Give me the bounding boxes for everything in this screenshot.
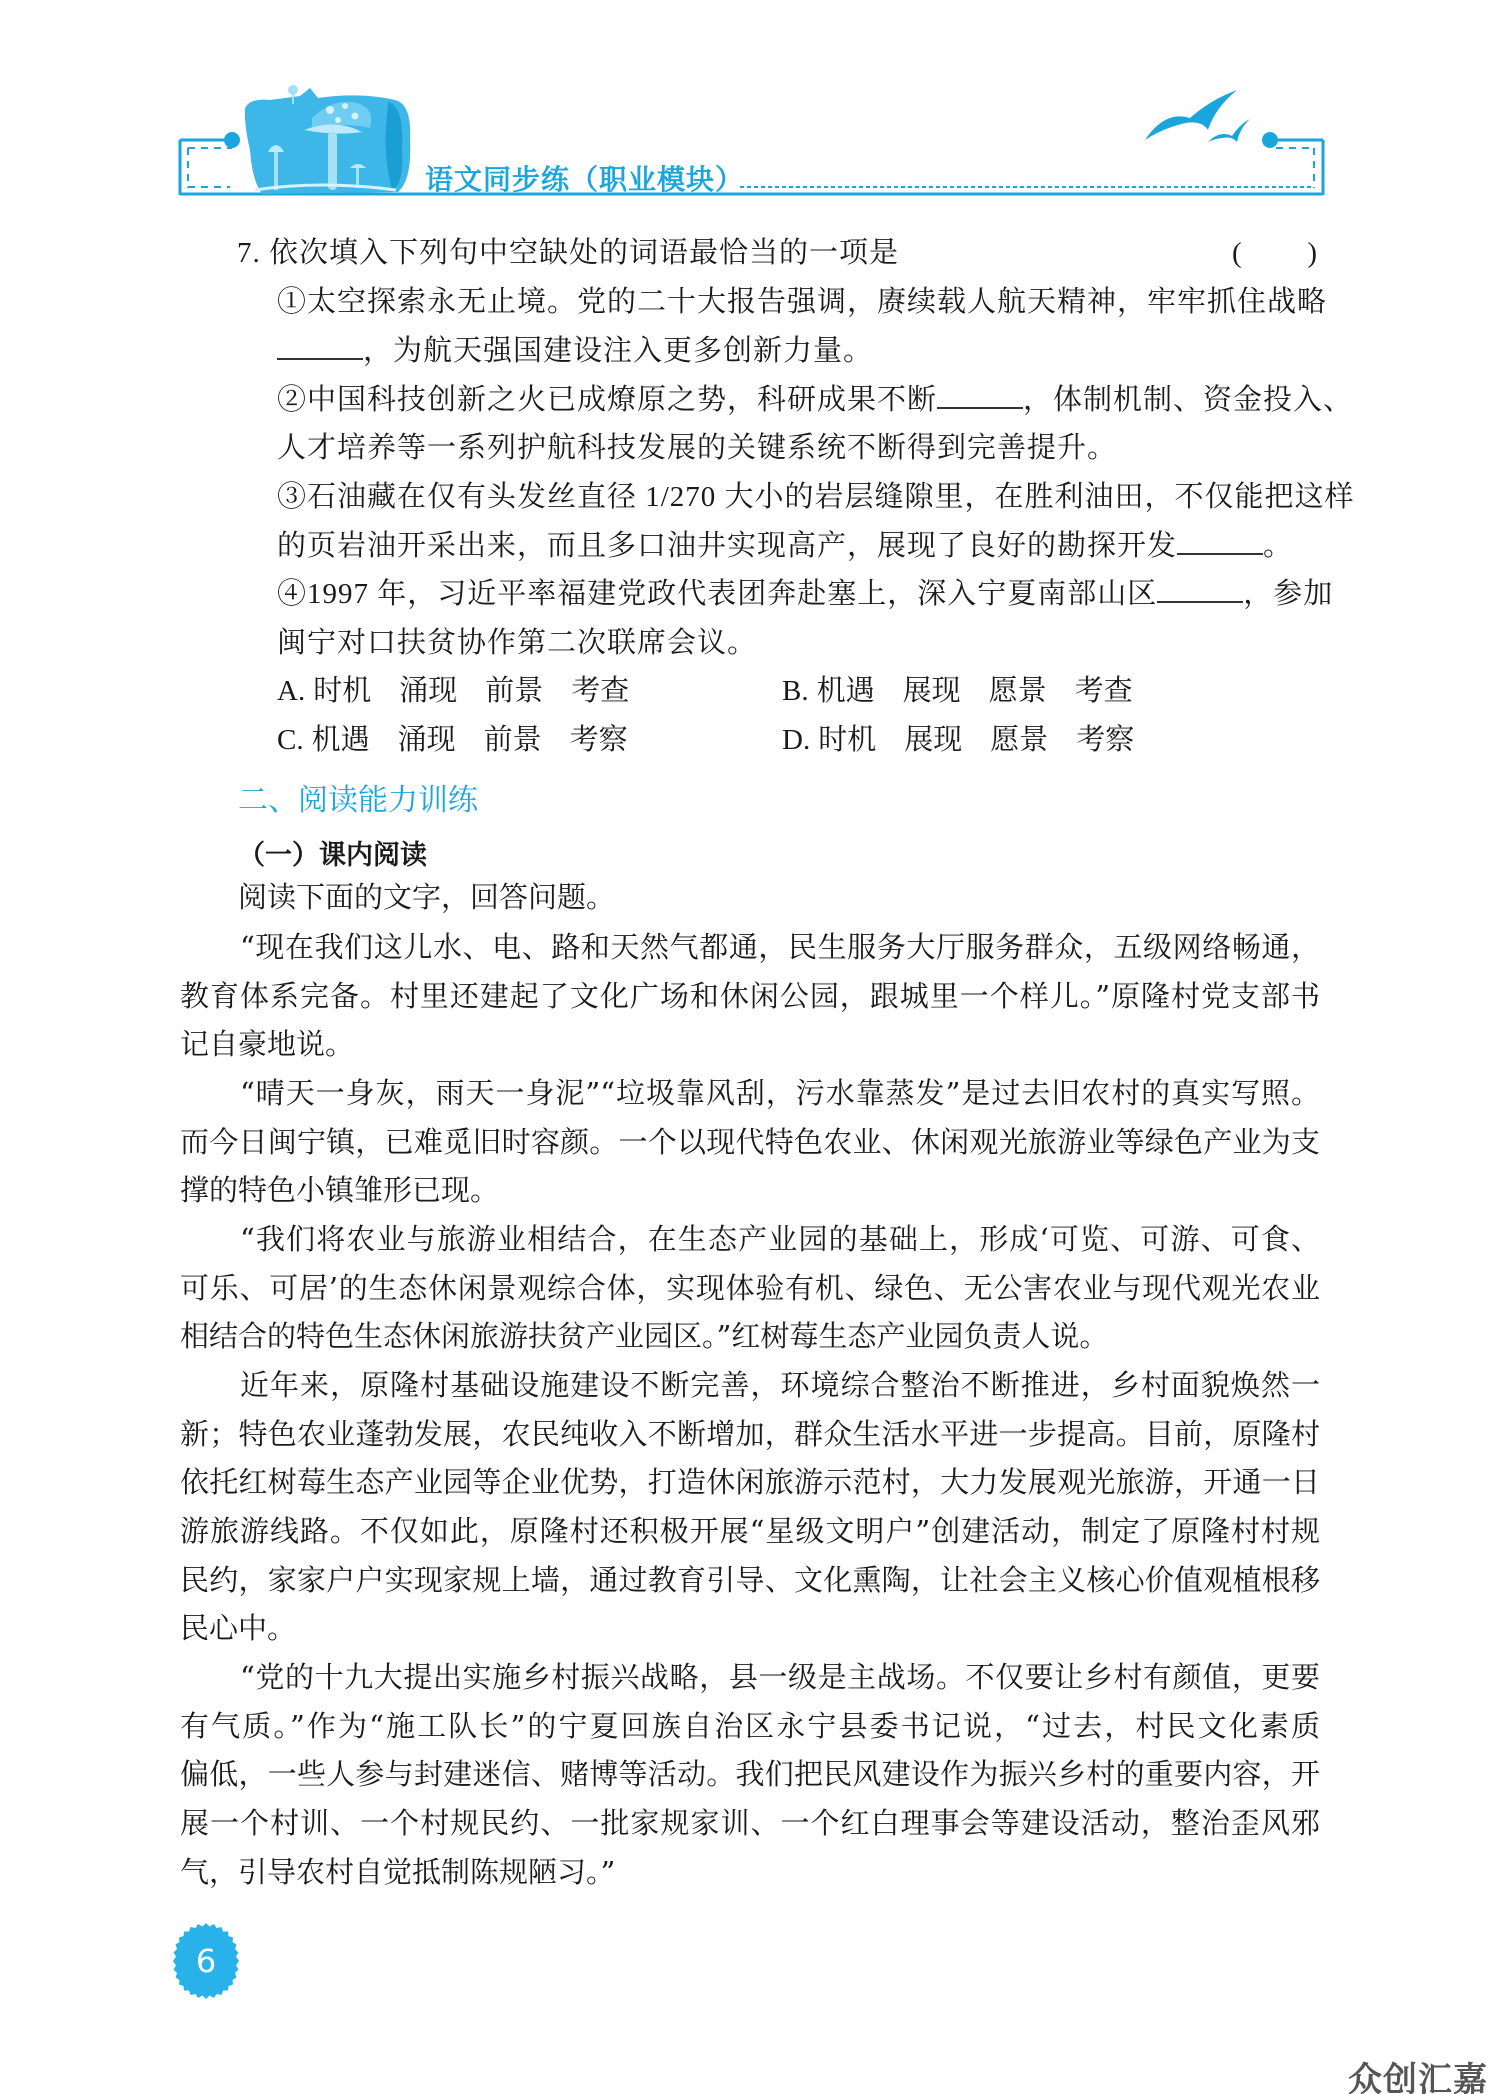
book-title: 语文同步练（职业模块） [425, 158, 744, 198]
answer-blank-3[interactable] [1177, 531, 1263, 555]
reading-instruction: 阅读下面的文字，回答问题。 [238, 880, 615, 916]
item-3-text-b: 。 [1263, 530, 1293, 562]
passage-line: 近年来，原隆村基础设施建设不断完善，环境综合整治不断推进，乡村面貌焕然一 [240, 1367, 1320, 1403]
subsection-title: （一）课内阅读 [238, 833, 427, 872]
passage-line: “党的十九大提出实施乡村振兴战略，县一级是主战场。不仅要让乡村有颜值，更要 [240, 1659, 1320, 1695]
option-word: 涌现 [399, 673, 457, 709]
passage-line: “我们将农业与旅游业相结合，在生态产业园的基础上，形成‘可览、可游、可食、 [240, 1221, 1320, 1257]
passage-line: 偏低，一些人参与封建迷信、赌博等活动。我们把民风建设作为振兴乡村的重要内容，开 [180, 1756, 1320, 1792]
item-1-line-1: ①太空探索永无止境。党的二十大报告强调，赓续载人航天精神，牢牢抓住战略 [277, 284, 1320, 320]
left-bracket-decoration [180, 132, 240, 195]
option-word: 考查 [571, 673, 629, 709]
option-label: A. [277, 673, 305, 709]
option-word: 展现 [903, 673, 961, 709]
answer-blank-4[interactable] [1157, 579, 1243, 603]
item-3-line-2: 的页岩油开采出来，而且多口油井实现高产，展现了良好的勘探开发。 [277, 528, 1293, 564]
option-a[interactable]: A.时机涌现前景考查 [277, 673, 657, 709]
header-frame [0, 0, 1504, 220]
answer-blank-2[interactable] [937, 385, 1023, 409]
option-word: 时机 [313, 673, 371, 709]
birds-icon [1145, 90, 1250, 142]
option-word: 考察 [570, 722, 628, 758]
option-b[interactable]: B.机遇展现愿景考查 [782, 673, 1161, 709]
item-3-line-1: ③石油藏在仅有头发丝直径 1/270 大小的岩层缝隙里，在胜利油田，不仅能把这样 [277, 479, 1320, 515]
passage-line: 气，引导农村自觉抵制陈规陋习。” [180, 1854, 615, 1890]
right-bracket-decoration [1262, 132, 1323, 195]
item-4-line-2: 闽宁对口扶贫协作第二次联席会议。 [277, 625, 757, 661]
page-number-badge: 6 [167, 1922, 245, 2000]
passage-line: “晴天一身灰，雨天一身泥”“垃圾靠风刮，污水靠蒸发”是过去旧农村的真实写照。 [240, 1075, 1320, 1111]
option-word: 机遇 [817, 673, 875, 709]
option-word: 考查 [1075, 673, 1133, 709]
passage-line: 可乐、可居’的生态休闲景观综合体，实现体验有机、绿色、无公害农业与现代观光农业 [180, 1270, 1320, 1306]
item-4-line-1: ④1997 年，习近平率福建党政代表团奔赴塞上，深入宁夏南部山区，参加 [277, 576, 1333, 612]
passage-line: 新；特色农业蓬勃发展，农民纯收入不断增加，群众生活水平进一步提高。目前，原隆村 [180, 1416, 1320, 1452]
option-d[interactable]: D.时机展现愿景考察 [782, 722, 1162, 758]
passage-line: 记自豪地说。 [180, 1026, 354, 1062]
passage-line: 教育体系完备。村里还建起了文化广场和休闲公园，跟城里一个样儿。”原隆村党支部书 [180, 978, 1320, 1014]
option-word: 涌现 [398, 722, 456, 758]
item-3-text-a: 的页岩油开采出来，而且多口油井实现高产，展现了良好的勘探开发 [277, 530, 1177, 562]
option-word: 考察 [1076, 722, 1134, 758]
passage-line: 展一个村训、一个村规民约、一批家规家训、一个红白理事会等建设活动，整治歪风邪 [180, 1805, 1320, 1841]
option-word: 愿景 [990, 722, 1048, 758]
option-label: C. [277, 722, 304, 758]
passage-line: 而今日闽宁镇，已难觅旧时容颜。一个以现代特色农业、休闲观光旅游业等绿色产业为支 [180, 1124, 1320, 1160]
answer-blank-1[interactable] [277, 336, 363, 360]
item-2-line-1: ②中国科技创新之火已成燎原之势，科研成果不断，体制机制、资金投入、 [277, 382, 1320, 418]
option-label: D. [782, 722, 810, 758]
passage-line: 相结合的特色生态休闲旅游扶贫产业园区。”红树莓生态产业园负责人说。 [180, 1318, 1108, 1354]
passage-line: 有气质。”作为“施工队长”的宁夏回族自治区永宁县委书记说，“过去，村民文化素质 [180, 1708, 1320, 1744]
passage-line: 依托红树莓生态产业园等企业优势，打造休闲旅游示范村，大力发展观光旅游，开通一日 [180, 1464, 1320, 1500]
passage-line: “现在我们这儿水、电、路和天然气都通，民生服务大厅服务群众，五级网络畅通， [240, 929, 1320, 965]
passage-line: 民约，家家户户实现家规上墙，通过教育引导、文化熏陶，让社会主义核心价值观植根移 [180, 1562, 1320, 1598]
item-1-line-2: ，为航天强国建设注入更多创新力量。 [277, 333, 873, 369]
option-word: 时机 [818, 722, 876, 758]
passage-line: 游旅游线路。不仅如此，原隆村还积极开展“星级文明户”创建活动，制定了原隆村村规 [180, 1513, 1320, 1549]
passage-line: 民心中。 [180, 1610, 296, 1646]
question-stem: 7. 依次填入下列句中空缺处的词语最恰当的一项是 [237, 235, 899, 271]
item-2-line-2: 人才培养等一系列护航科技发展的关键系统不断得到完善提升。 [277, 430, 1117, 466]
option-word: 前景 [485, 673, 543, 709]
section-title: 二、阅读能力训练 [238, 775, 478, 819]
passage-line: 撑的特色小镇雏形已现。 [180, 1172, 499, 1208]
page-number: 6 [167, 1922, 245, 2000]
option-word: 前景 [484, 722, 542, 758]
option-word: 机遇 [312, 722, 370, 758]
mushroom-log-illustration [245, 85, 410, 194]
option-label: B. [782, 673, 809, 709]
option-word: 展现 [904, 722, 962, 758]
item-4-text-a: ④1997 年，习近平率福建党政代表团奔赴塞上，深入宁夏南部山区 [277, 578, 1157, 610]
item-2-text-b: ，体制机制、资金投入、 [1023, 384, 1353, 416]
option-word: 愿景 [989, 673, 1047, 709]
watermark: 众创汇嘉 [1348, 2052, 1488, 2094]
item-2-text-a: ②中国科技创新之火已成燎原之势，科研成果不断 [277, 384, 937, 416]
option-c[interactable]: C.机遇涌现前景考察 [277, 722, 656, 758]
item-4-text-b: ，参加 [1243, 578, 1333, 610]
item-1-line-2-text: ，为航天强国建设注入更多创新力量。 [363, 335, 873, 367]
